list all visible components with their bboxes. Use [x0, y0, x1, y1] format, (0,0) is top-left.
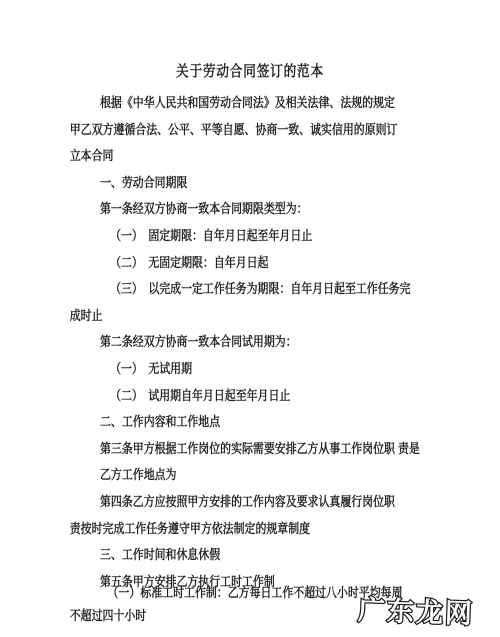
document-line: 二、工作内容和工作地点 — [70, 409, 475, 436]
document-line: 三、工作时间和休息休假 — [70, 542, 475, 569]
document-line: 第一条经双方协商一致本合同期限类型为： — [70, 196, 475, 223]
document-title: 关于劳动合同签订的范本 — [0, 0, 500, 82]
document-line: 一、劳动合同期限 — [70, 170, 475, 197]
document-line: 责按时完成工作任务遵守甲方依法制定的规章制度 — [70, 516, 475, 543]
document-line: （一） 固定期限：自年月日起至年月日止 — [70, 223, 475, 250]
document-line: （二） 试用期自年月日起至年月日止 — [70, 383, 475, 410]
document-body: 根据《中华人民共和国劳动合同法》及相关法律、法规的规定甲乙双方遵循合法、公平、平… — [0, 90, 500, 630]
contract-document: 关于劳动合同签订的范本 根据《中华人民共和国劳动合同法》及相关法律、法规的规定甲… — [0, 0, 500, 637]
document-line: 第二条经双方协商一致本合同试用期为： — [70, 329, 475, 356]
document-line: 成时止 — [70, 303, 475, 330]
document-line: 乙方工作地点为 — [70, 462, 475, 489]
document-line: 根据《中华人民共和国劳动合同法》及相关法律、法规的规定 — [70, 90, 475, 117]
document-line: 第三条甲方根据工作岗位的实际需要安排乙方从事工作岗位职 责是 — [70, 436, 475, 463]
document-page: 关于劳动合同签订的范本 根据《中华人民共和国劳动合同法》及相关法律、法规的规定甲… — [0, 0, 500, 637]
document-line: （一） 无试用期 — [70, 356, 475, 383]
watermark-logo: 广东龙网 — [357, 588, 474, 631]
document-line: （二） 无固定期限：自年月日起 — [70, 250, 475, 277]
document-line: （三） 以完成一定工作任务为期限：自年月日起至工作任务完 — [70, 276, 475, 303]
document-line: 甲乙双方遵循合法、公平、平等自愿、协商一致、诚实信用的原则订 — [70, 117, 475, 144]
document-line: 立本合同 — [70, 143, 475, 170]
document-line: 第四条乙方应按照甲方安排的工作内容及要求认真履行岗位职 — [70, 489, 475, 516]
